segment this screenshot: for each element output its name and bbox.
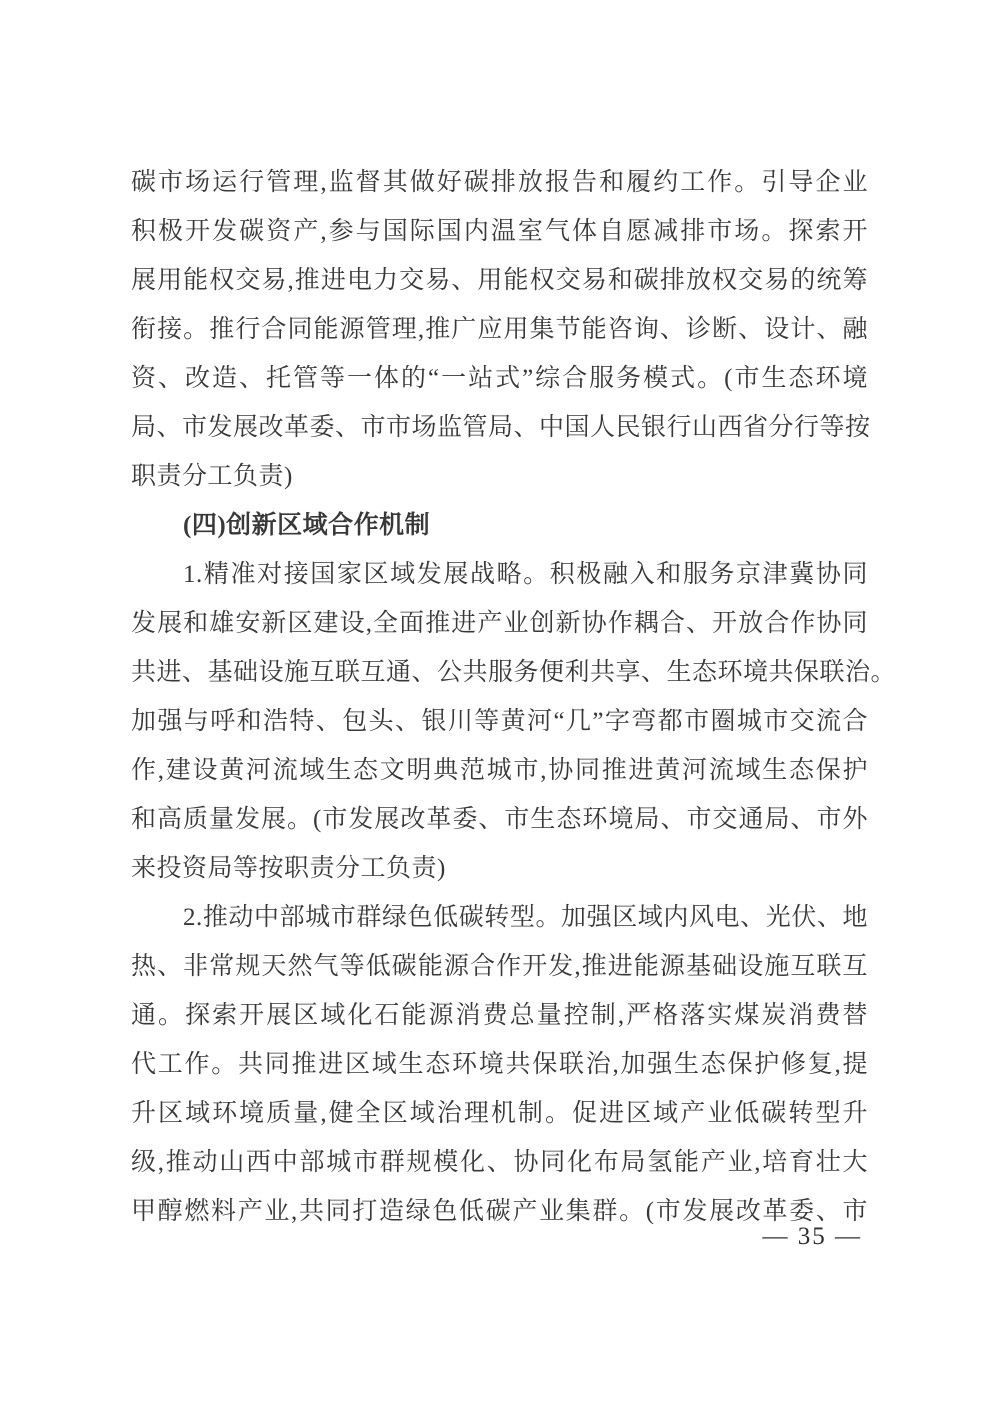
text-line: 2.推动中部城市群绿色低碳转型。加强区域内风电、光伏、地: [131, 893, 868, 942]
text-line: 碳市场运行管理,监督其做好碳排放报告和履约工作。引导企业: [131, 158, 868, 207]
text-line: 资、改造、托管等一体的“一站式”综合服务模式。(市生态环境: [131, 354, 868, 403]
document-page: 碳市场运行管理,监督其做好碳排放报告和履约工作。引导企业积极开发碳资产,参与国际…: [0, 0, 1000, 1415]
text-line: 共进、基础设施互联互通、公共服务便利共享、生态环境共保联治。: [131, 648, 868, 697]
text-line: 作,建设黄河流域生态文明典范城市,协同推进黄河流域生态保护: [131, 746, 868, 795]
section-heading: (四)创新区域合作机制: [131, 501, 868, 550]
text-line: 加强与呼和浩特、包头、银川等黄河“几”字弯都市圈城市交流合: [131, 697, 868, 746]
text-line: 发展和雄安新区建设,全面推进产业创新协作耦合、开放合作协同: [131, 599, 868, 648]
text-line: 和高质量发展。(市发展改革委、市生态环境局、市交通局、市外: [131, 795, 868, 844]
text-line: 升区域环境质量,健全区域治理机制。促进区域产业低碳转型升: [131, 1089, 868, 1138]
text-line: 1.精准对接国家区域发展战略。积极融入和服务京津冀协同: [131, 550, 868, 599]
text-line: 展用能权交易,推进电力交易、用能权交易和碳排放权交易的统筹: [131, 256, 868, 305]
page-number: — 35 —: [131, 1218, 868, 1256]
text-line: 来投资局等按职责分工负责): [131, 844, 868, 893]
text-line: 级,推动山西中部城市群规模化、协同化布局氢能产业,培育壮大: [131, 1138, 868, 1187]
text-line: 热、非常规天然气等低碳能源合作开发,推进能源基础设施互联互: [131, 942, 868, 991]
text-line: 职责分工负责): [131, 452, 868, 501]
text-line: 衔接。推行合同能源管理,推广应用集节能咨询、诊断、设计、融: [131, 305, 868, 354]
text-line: 通。探索开展区域化石能源消费总量控制,严格落实煤炭消费替: [131, 991, 868, 1040]
text-line: 积极开发碳资产,参与国际国内温室气体自愿减排市场。探索开: [131, 207, 868, 256]
text-line: 局、市发展改革委、市市场监管局、中国人民银行山西省分行等按: [131, 403, 868, 452]
document-body: 碳市场运行管理,监督其做好碳排放报告和履约工作。引导企业积极开发碳资产,参与国际…: [131, 158, 868, 1236]
text-line: 代工作。共同推进区域生态环境共保联治,加强生态保护修复,提: [131, 1040, 868, 1089]
